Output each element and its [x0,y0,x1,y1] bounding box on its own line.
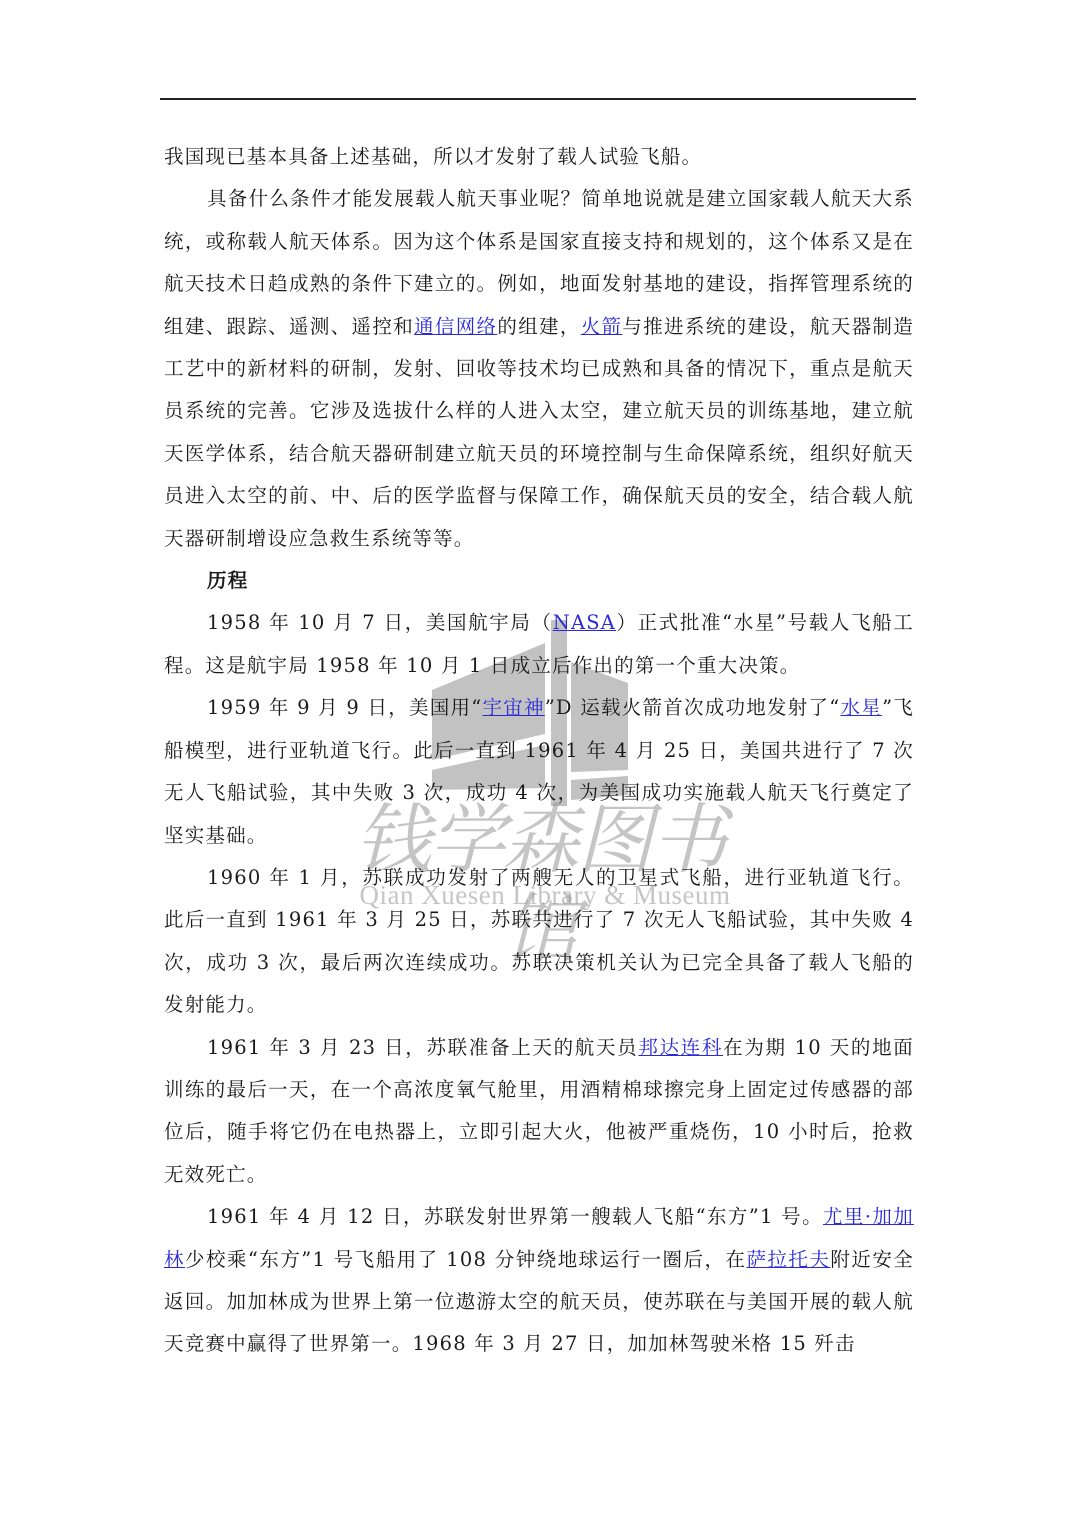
text-run: 1961 年 4 月 12 日，苏联发射世界第一艘载人飞船“东方”1 号。 [207,1205,823,1228]
hyperlink[interactable]: 宇宙神 [482,696,544,719]
paragraph: 我国现已基本具备上述基础，所以才发射了载人试验飞船。 [164,136,914,178]
paragraph: 1961 年 4 月 12 日，苏联发射世界第一艘载人飞船“东方”1 号。尤里·… [164,1196,914,1366]
text-run: 1961 年 3 月 23 日，苏联准备上天的航天员 [207,1036,638,1059]
hyperlink[interactable]: 萨拉托夫 [746,1248,830,1271]
paragraph: 1959 年 9 月 9 日，美国用“宇宙神”D 运载火箭首次成功地发射了“水星… [164,687,914,857]
text-run: 的组建， [497,315,580,338]
paragraph: 具备什么条件才能发展载人航天事业呢？简单地说就是建立国家载人航天大系统，或称载人… [164,178,914,560]
hyperlink[interactable]: NASA [553,611,616,634]
hyperlink[interactable]: 邦达连科 [638,1036,723,1059]
header-rule [160,98,916,100]
text-run: ”D 运载火箭首次成功地发射了“ [545,696,841,719]
paragraph: 1960 年 1 月，苏联成功发射了两艘无人的卫星式飞船，进行亚轨道飞行。此后一… [164,857,914,1027]
document-body: 我国现已基本具备上述基础，所以才发射了载人试验飞船。具备什么条件才能发展载人航天… [164,136,914,1366]
section-heading: 历程 [164,560,914,602]
text-run: 我国现已基本具备上述基础，所以才发射了载人试验飞船。 [164,145,702,168]
text-run: 历程 [207,569,248,592]
hyperlink[interactable]: 水星 [840,696,882,719]
text-run: 1960 年 1 月，苏联成功发射了两艘无人的卫星式飞船，进行亚轨道飞行。此后一… [164,866,914,1016]
hyperlink[interactable]: 火箭 [581,315,623,338]
text-run: 与推进系统的建设，航天器制造工艺中的新材料的研制，发射、回收等技术均已成熟和具备… [164,315,914,550]
hyperlink[interactable]: 通信网络 [414,315,497,338]
paragraph: 1961 年 3 月 23 日，苏联准备上天的航天员邦达连科在为期 10 天的地… [164,1027,914,1197]
text-run: 少校乘“东方”1 号飞船用了 108 分钟绕地球运行一圈后，在 [185,1248,746,1271]
text-run: 1958 年 10 月 7 日，美国航宇局（ [207,611,553,634]
paragraph: 1958 年 10 月 7 日，美国航宇局（NASA）正式批准“水星”号载人飞船… [164,602,914,687]
text-run: 1959 年 9 月 9 日，美国用“ [207,696,482,719]
